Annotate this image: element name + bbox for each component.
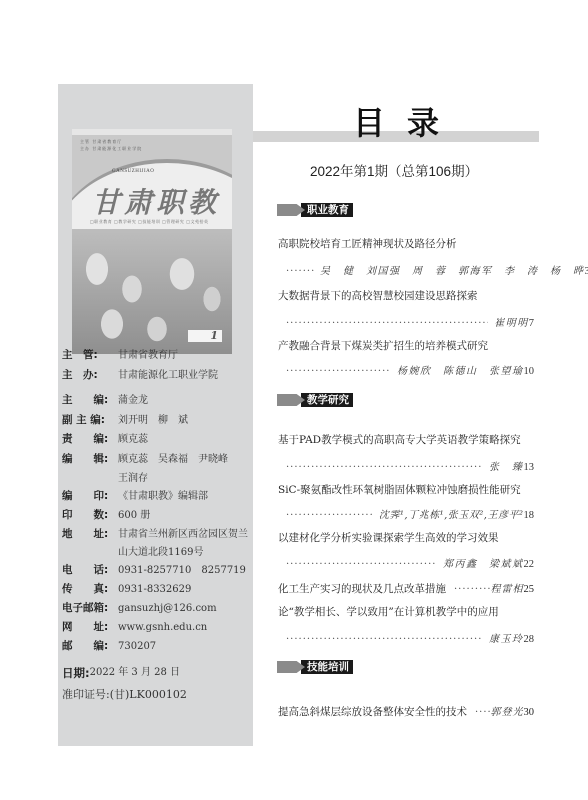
entry-page[interactable]: 18 [524, 510, 535, 521]
cover-small-text: 主管 甘肃省教育厅 [80, 139, 122, 145]
masthead-label: 印 数: [62, 506, 118, 525]
masthead-row: 电子邮箱:gansuzhj@126.com [62, 599, 252, 618]
leader-dots [454, 584, 490, 595]
toc-entry-title[interactable]: 以建材化学分析实验课探索学生高效的学习效果 [278, 530, 499, 545]
cover-title: 甘肃职教 [92, 181, 220, 221]
date-label: 日期: [62, 662, 90, 684]
toc-entry-title[interactable]: 基于PAD教学模式的高职高专大学英语教学策略探究 [278, 432, 521, 447]
masthead-value: 600 册 [118, 506, 150, 525]
leader-dots [286, 318, 488, 329]
masthead-label: 传 真: [62, 580, 118, 599]
masthead-row: 主 管:甘肃省教育厅 [62, 346, 252, 366]
masthead-row: 主 编:蒲金龙 [62, 391, 252, 411]
toc-entry-title[interactable]: 论“教学相长、学以致用”在计算机教学中的应用 [278, 604, 499, 619]
masthead-value: 《甘肃职教》编辑部 [118, 487, 208, 506]
masthead-value: 0931-8257710 8257719 [118, 561, 246, 580]
masthead-label: 主 编: [62, 391, 118, 411]
masthead-row: 主 办:甘肃能源化工职业学院 [62, 366, 252, 386]
print-permit: 准印证号:(甘)LK000102 [62, 684, 252, 706]
section-label: 教学研究 [301, 393, 353, 407]
masthead-row: 电 话:0931-8257710 8257719 [62, 561, 252, 580]
masthead-value: 甘肃省教育厅 [118, 346, 178, 366]
masthead-label: 邮 编: [62, 637, 118, 656]
toc-entry-title[interactable]: SiC-聚氨酯改性环氧树脂固体颗粒冲蚀磨损性能研究 [278, 482, 521, 497]
cover-pinyin: GANSUZHIJIAO [112, 169, 154, 174]
masthead-value: 甘肃省兰州新区西岔园区贺兰 [118, 525, 248, 544]
section-label: 职业教育 [301, 203, 353, 217]
masthead-row: 编 辑:顾克蕊 吴森福 尹晓峰 [62, 450, 252, 470]
entry-page[interactable]: 3 [585, 266, 588, 277]
masthead-label: 副 主 编: [62, 411, 118, 431]
masthead-value: 0931-8332629 [118, 580, 191, 599]
masthead-website: www.gsnh.edu.cn [118, 618, 207, 637]
toc-entry-title[interactable]: 高职院校培育工匠精神现状及路径分析 [278, 236, 457, 251]
toc-entry-meta: 杨婉欣 陈德山 张望瑜 10 [286, 362, 534, 377]
entry-authors: 郑丙鑫 梁斌斌 [437, 555, 524, 570]
masthead-row: 地 址:甘肃省兰州新区西岔园区贺兰 [62, 525, 252, 544]
toc-entry-title[interactable]: 提高急斜煤层综放设备整体安全性的技术 [278, 704, 467, 719]
section-header-teaching-research: 教学研究 [277, 393, 353, 407]
date-value: 2022 年 3 月 28 日 [90, 662, 180, 684]
masthead-email: gansuzhj@126.com [118, 599, 217, 618]
leader-dots [475, 707, 491, 718]
toc-entry-meta: 张 臻 13 [286, 458, 534, 473]
leader-dots [286, 266, 314, 277]
publish-date: 日期:2022 年 3 月 28 日 [62, 662, 252, 684]
entry-authors: 康玉玲 [483, 630, 524, 645]
masthead-label: 编 辑: [62, 450, 118, 470]
masthead-row: 责 编:顾克蕊 [62, 430, 252, 450]
leader-dots [286, 559, 437, 570]
leader-dots [286, 510, 373, 521]
entry-page[interactable]: 13 [524, 462, 535, 473]
entry-authors: 吴 健 刘国强 周 蓉 郭海军 李 涛 杨 晔 [314, 262, 585, 277]
entry-page[interactable]: 22 [524, 559, 535, 570]
masthead-value: 顾克蕊 吴森福 尹晓峰 [118, 450, 228, 470]
leader-dots [286, 366, 391, 377]
toc-title: 目录 [353, 98, 461, 144]
section-header-skills-training: 技能培训 [277, 660, 353, 674]
masthead-label: 责 编: [62, 430, 118, 450]
masthead-row: 邮 编:730207 [62, 637, 252, 656]
entry-page[interactable]: 10 [524, 366, 535, 377]
entry-authors: 程雷相 [491, 580, 524, 595]
cover-small-text: 主办 甘肃能源化工职业学院 [80, 146, 142, 152]
entry-page[interactable]: 7 [529, 318, 534, 329]
masthead-label: 主 办: [62, 366, 118, 386]
masthead-sidebar: 主管 甘肃省教育厅 主办 甘肃能源化工职业学院 GANSUZHIJIAO 甘肃职… [58, 84, 253, 746]
masthead-continuation: 山大道北段1169号 [62, 544, 252, 561]
permit-value: (甘)LK000102 [110, 684, 187, 706]
toc-entry-inline[interactable]: 化工生产实习的现状及几点改革措施 程雷相 25 [278, 580, 534, 596]
entry-authors: 杨婉欣 陈德山 张望瑜 [391, 362, 524, 377]
toc-entry-meta: 崔明明 7 [286, 314, 534, 329]
entry-page[interactable]: 28 [524, 634, 535, 645]
cover-issue-number: 1 [188, 330, 222, 342]
masthead-info: 主 管:甘肃省教育厅 主 办:甘肃能源化工职业学院 主 编:蒲金龙 副 主 编:… [62, 346, 252, 706]
masthead-label: 主 管: [62, 346, 118, 366]
leader-dots [286, 462, 483, 473]
section-header-vocational-education: 职业教育 [277, 203, 353, 217]
permit-label: 准印证号: [62, 684, 110, 706]
masthead-label: 电子邮箱: [62, 599, 118, 618]
toc-entry-meta: 沈霁¹,丁兆栋¹,张玉双²,王彦平² 18 [286, 506, 534, 521]
masthead-label: 编 印: [62, 487, 118, 506]
entry-authors: 张 臻 [483, 458, 524, 473]
section-label: 技能培训 [301, 660, 353, 674]
toc-entry-meta: 吴 健 刘国强 周 蓉 郭海军 李 涛 杨 晔 3 [286, 262, 534, 277]
entry-authors: 郭登光 [491, 703, 524, 718]
masthead-label: 地 址: [62, 525, 118, 544]
cover-top-bar [72, 129, 232, 135]
entry-authors: 崔明明 [488, 314, 529, 329]
masthead-value: 蒲金龙 [118, 391, 148, 411]
masthead-row: 网 址:www.gsnh.edu.cn [62, 618, 252, 637]
journal-cover-image: 主管 甘肃省教育厅 主办 甘肃能源化工职业学院 GANSUZHIJIAO 甘肃职… [72, 129, 232, 354]
toc-entry-inline[interactable]: 提高急斜煤层综放设备整体安全性的技术 郭登光 30 [278, 703, 534, 719]
masthead-row: 传 真:0931-8332629 [62, 580, 252, 599]
masthead-value: 730207 [118, 637, 156, 656]
masthead-row: 副 主 编:刘开明 柳 斌 [62, 411, 252, 431]
toc-entry-meta: 郑丙鑫 梁斌斌 22 [286, 555, 534, 570]
masthead-value: 顾克蕊 [118, 430, 148, 450]
entry-page[interactable]: 30 [524, 707, 535, 718]
toc-entry-title[interactable]: 产教融合背景下煤炭类扩招生的培养模式研究 [278, 338, 488, 353]
masthead-row: 编 印:《甘肃职教》编辑部 [62, 487, 252, 506]
masthead-row: 印 数:600 册 [62, 506, 252, 525]
masthead-value: 甘肃能源化工职业学院 [118, 366, 218, 386]
leader-dots [286, 634, 483, 645]
toc-entry-title[interactable]: 大数据背景下的高校智慧校园建设思路探索 [278, 288, 478, 303]
issue-info: 2022年第1期（总第106期） [310, 160, 478, 180]
entry-authors: 沈霁¹,丁兆栋¹,张玉双²,王彦平² [373, 506, 524, 521]
masthead-label: 网 址: [62, 618, 118, 637]
toc-entry-meta: 康玉玲 28 [286, 630, 534, 645]
masthead-value: 刘开明 柳 斌 [118, 411, 188, 431]
cover-tags: □职业教育 □教学研究 □技能培训 □管理研究 □文苑拾英 [90, 219, 208, 225]
masthead-label: 电 话: [62, 561, 118, 580]
entry-page[interactable]: 25 [524, 584, 535, 595]
toc-entry-title[interactable]: 化工生产实习的现状及几点改革措施 [278, 581, 446, 596]
masthead-continuation: 王润存 [62, 470, 252, 487]
